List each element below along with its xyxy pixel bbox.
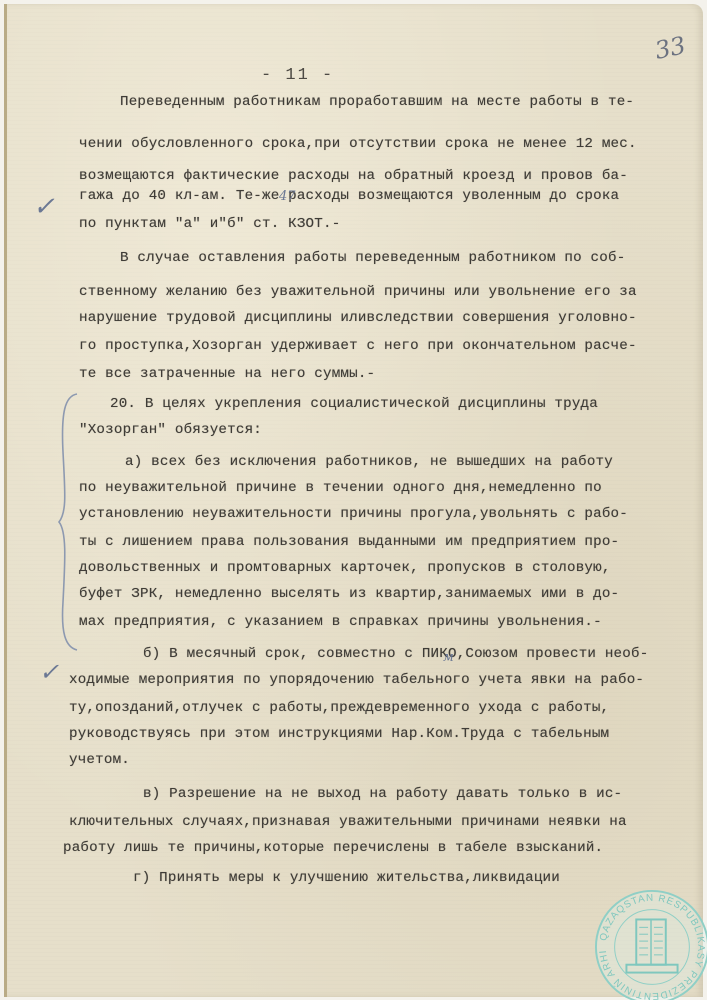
text-line: гажа до 40 кл-ам. Те-же расходы возмещаю… [79,188,619,204]
text-line: "Хозорган" обязуется: [79,422,262,438]
pencil-mark: ✓ [39,658,59,686]
text-line: мах предприятия, с указанием в справках … [79,614,602,630]
text-line: по пунктам "а" и"б" ст. КЗОТ.- [79,216,340,232]
text-line: работу лишь те причины,которые перечисле… [63,840,603,856]
text-line: по неуважительной причине в течении одно… [79,480,602,496]
text-line: довольственных и промтоварных карточек, … [79,560,611,576]
text-line: руководствуясь при этом инструкциями Нар… [69,726,609,742]
margin-brace-mark [55,392,81,652]
text-line: нарушение трудовой дисциплины иливследст… [79,310,637,326]
pencil-mark: ✓ [33,192,55,222]
text-line: ственному желанию без уважительной причи… [79,284,637,300]
archive-stamp-icon: QAZAQSTAN RESPUBLIKASY PREZIDENTINIŃ ARH… [593,888,707,1000]
text-line: В случае оставления работы переведенным … [120,250,625,266]
text-line: в) Разрешение на не выход на работу дава… [143,786,622,802]
text-line: 20. В целях укрепления социалистической … [110,396,598,412]
text-line: а) всех без исключения работников, не вы… [125,454,613,470]
text-line: г) Принять меры к улучшению жительства,л… [133,870,560,886]
text-line: б) В месячный срок, совместно с ПИКО,Сою… [143,646,648,662]
text-line: Переведенным работникам проработавшим на… [120,94,634,110]
page-number: - 11 - [261,66,334,85]
text-line: возмещаются фактические расходы на обрат… [79,168,628,184]
folio-number: 33 [652,31,688,65]
document-page: 33 - 11 - Переведенным работникам прораб… [4,4,703,997]
text-line: учетом. [69,752,130,768]
text-line: ходимые мероприятия по упорядочению табе… [69,672,644,688]
text-line: установлению неуважительности причины пр… [79,506,628,522]
pencil-mark: м [443,650,454,665]
text-line: ты с лишением права пользования выданным… [79,534,619,550]
text-line: те все затраченные на него суммы.- [79,366,375,382]
text-line: буфет ЗРК, немедленно выселять из кварти… [79,586,619,602]
text-line: го проступка,Хозорган удерживает с него … [79,338,637,354]
text-line: ту,опозданий,отлучек с работы,преждеврем… [69,700,609,716]
pencil-mark: 47 [279,189,296,204]
text-line: ключительных случаях,признавая уважитель… [69,814,627,830]
text-line: чении обусловленного срока,при отсутстви… [79,136,637,152]
